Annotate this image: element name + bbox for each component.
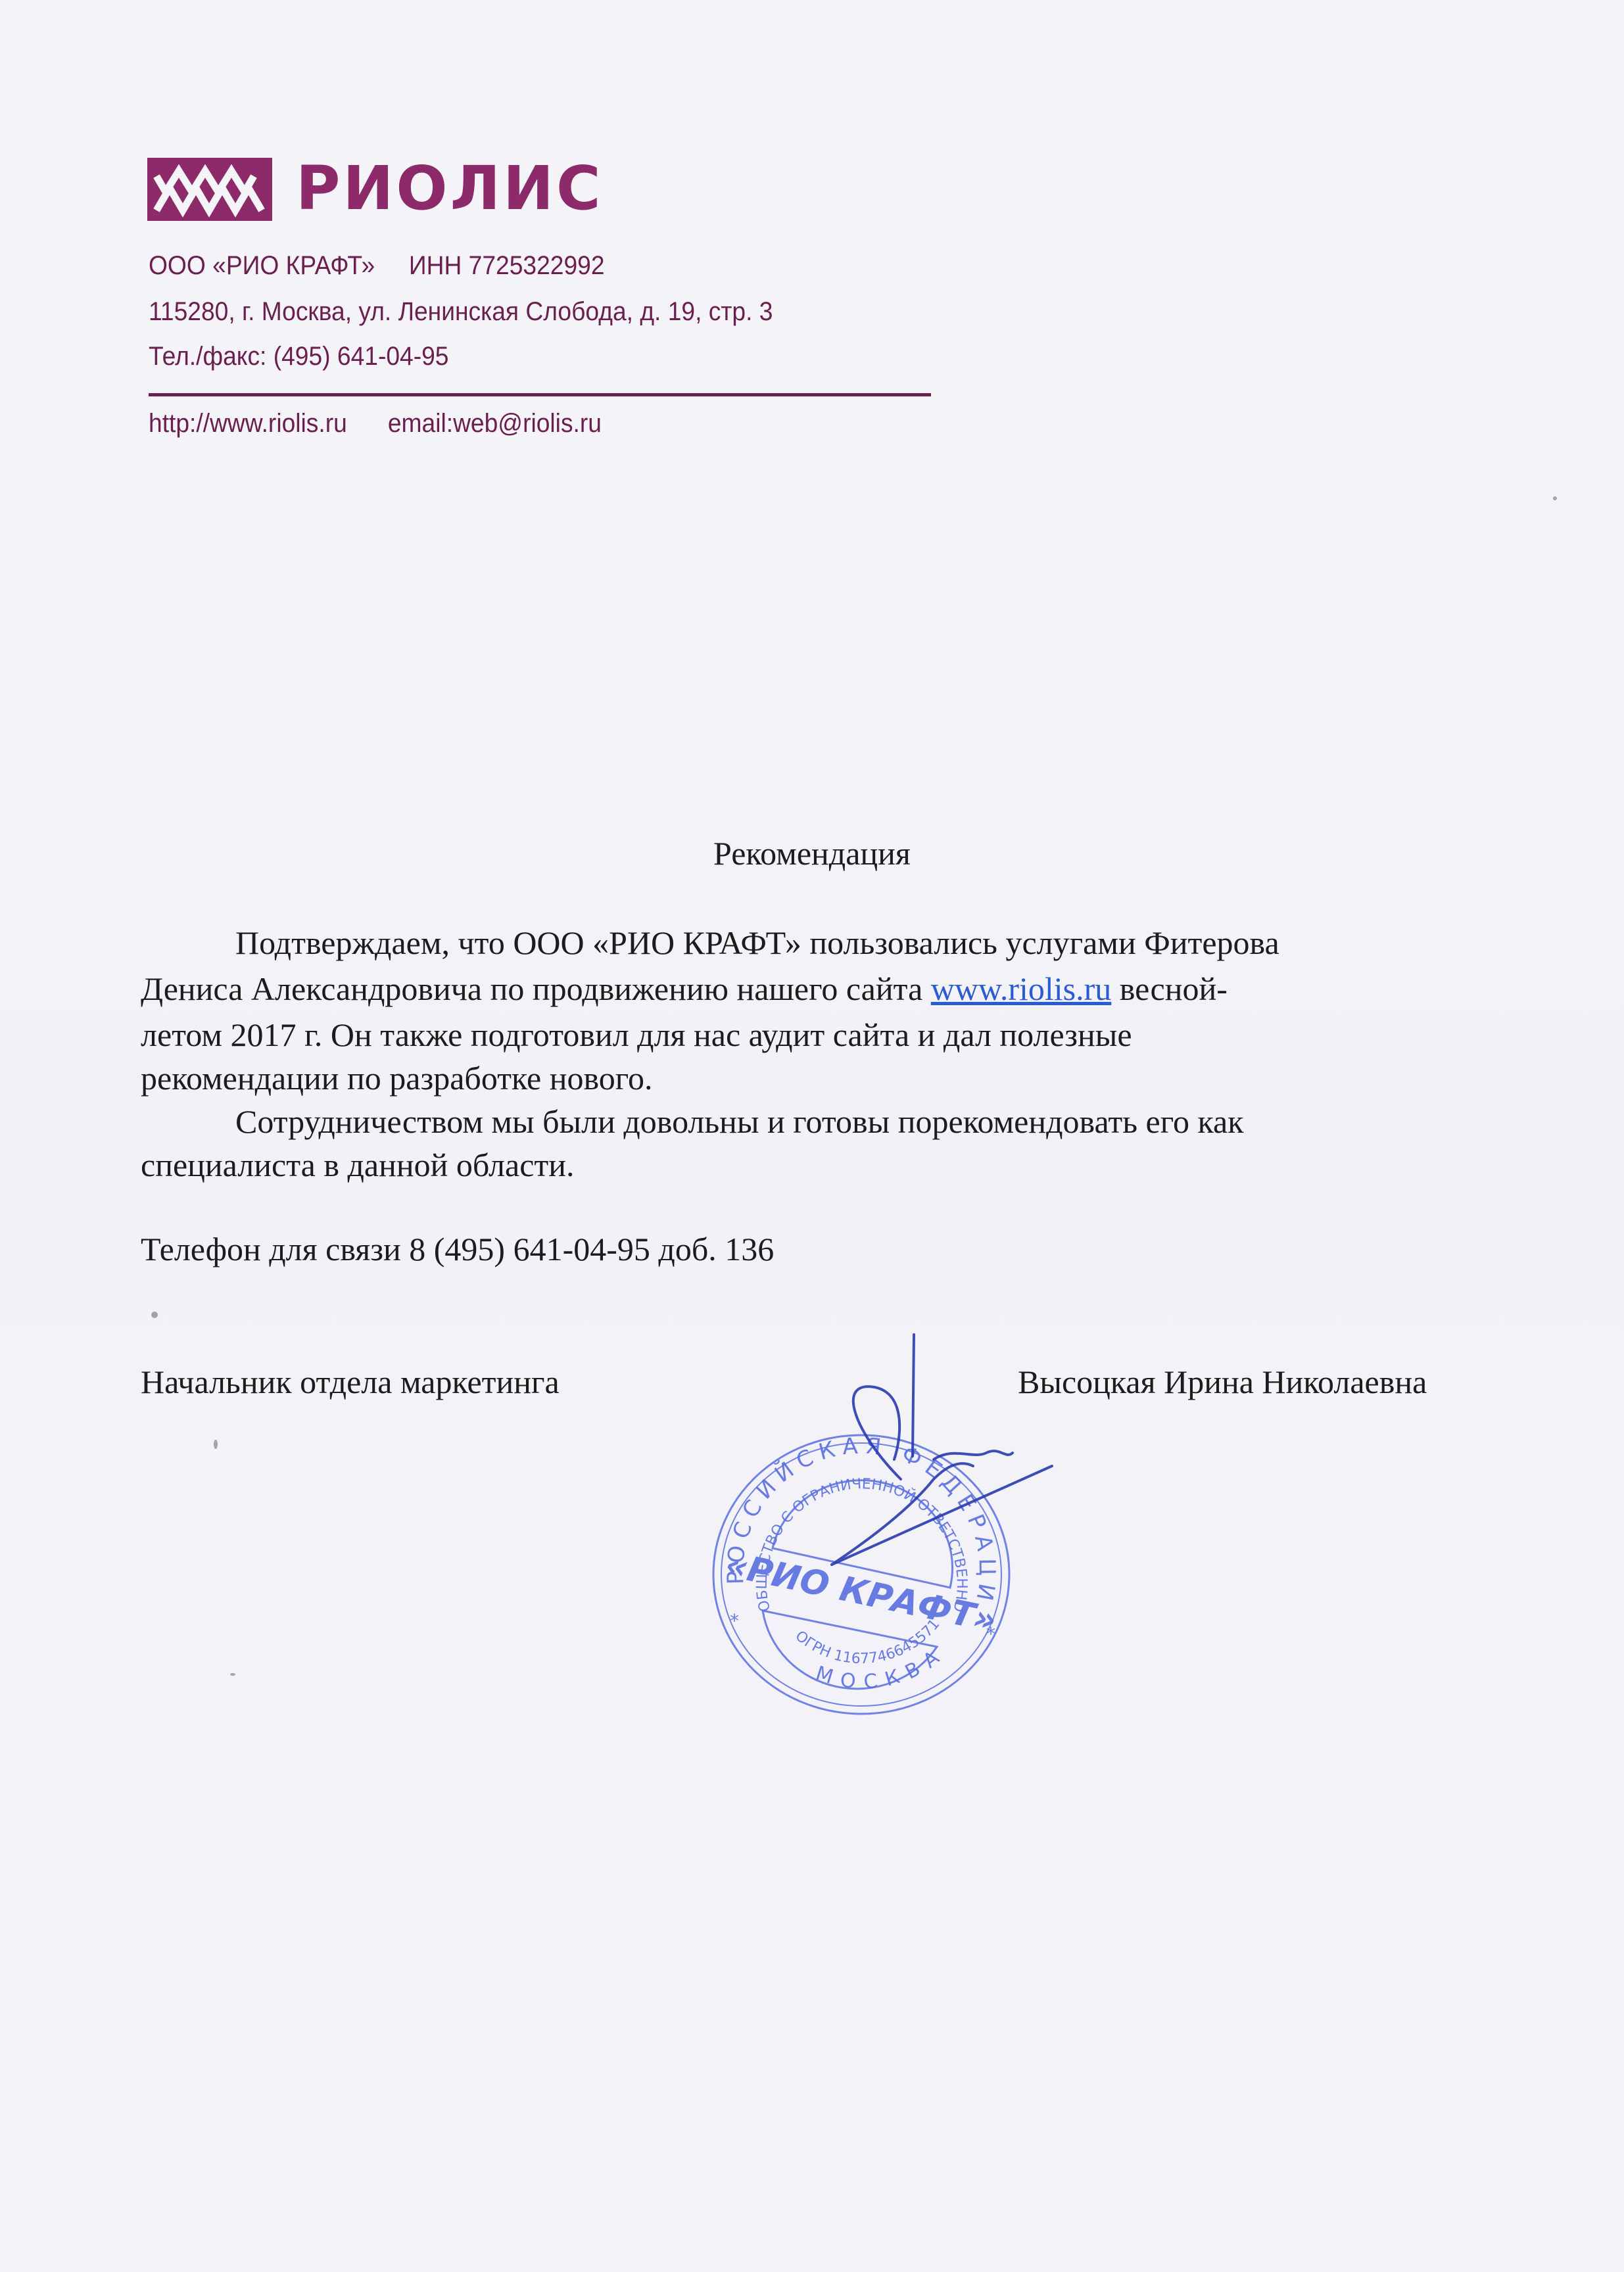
paragraph-2-line-2: специалиста в данной области. xyxy=(141,1145,575,1185)
company-line: ООО «РИО КРАФТ» ИНН 7725322992 xyxy=(149,250,605,281)
scan-speck xyxy=(151,1312,158,1318)
document-title: Рекомендация xyxy=(0,834,1624,873)
svg-text:*: * xyxy=(730,1610,739,1632)
scan-speck xyxy=(214,1440,218,1449)
address-line: 115280, г. Москва, ул. Ленинская Слобода… xyxy=(149,296,773,327)
website-link[interactable]: http://www.riolis.ru xyxy=(149,409,347,438)
letterhead-divider xyxy=(149,393,931,396)
scan-speck xyxy=(230,1673,235,1676)
paragraph-1-line-2: Дениса Александровича по продвижению наш… xyxy=(141,969,1228,1008)
riolis-site-link[interactable]: www.riolis.ru xyxy=(931,970,1112,1007)
handwritten-signature-icon xyxy=(736,1328,1065,1578)
document-page: РИОЛИС ООО «РИО КРАФТ» ИНН 7725322992 11… xyxy=(0,0,1624,2272)
signer-name: Высоцкая Ирина Николаевна xyxy=(1018,1362,1427,1402)
paragraph-1-line-3: летом 2017 г. Он также подготовил для на… xyxy=(141,1015,1132,1054)
svg-text:*: * xyxy=(986,1623,995,1645)
paragraph-2-line-1: Сотрудничеством мы были довольны и готов… xyxy=(235,1102,1244,1141)
riolis-logo-icon xyxy=(147,158,272,221)
paragraph-text: весной- xyxy=(1111,970,1228,1007)
contact-phone: Телефон для связи 8 (495) 641-04-95 доб.… xyxy=(141,1229,774,1269)
phone-fax-line: Тел./факс: (495) 641-04-95 xyxy=(149,341,448,372)
email-link[interactable]: email:web@riolis.ru xyxy=(388,409,602,438)
brand-name: РИОЛИС xyxy=(296,153,604,225)
contacts-line: http://www.riolis.ru email:web@riolis.ru xyxy=(149,408,602,439)
paragraph-1-line-4: рекомендации по разработке нового. xyxy=(141,1058,653,1098)
paragraph-1-line-1: Подтверждаем, что ООО «РИО КРАФТ» пользо… xyxy=(235,923,1279,962)
scan-speck xyxy=(1553,496,1557,500)
paragraph-text: Дениса Александровича по продвижению наш… xyxy=(141,970,931,1007)
signer-position: Начальник отдела маркетинга xyxy=(141,1362,560,1402)
